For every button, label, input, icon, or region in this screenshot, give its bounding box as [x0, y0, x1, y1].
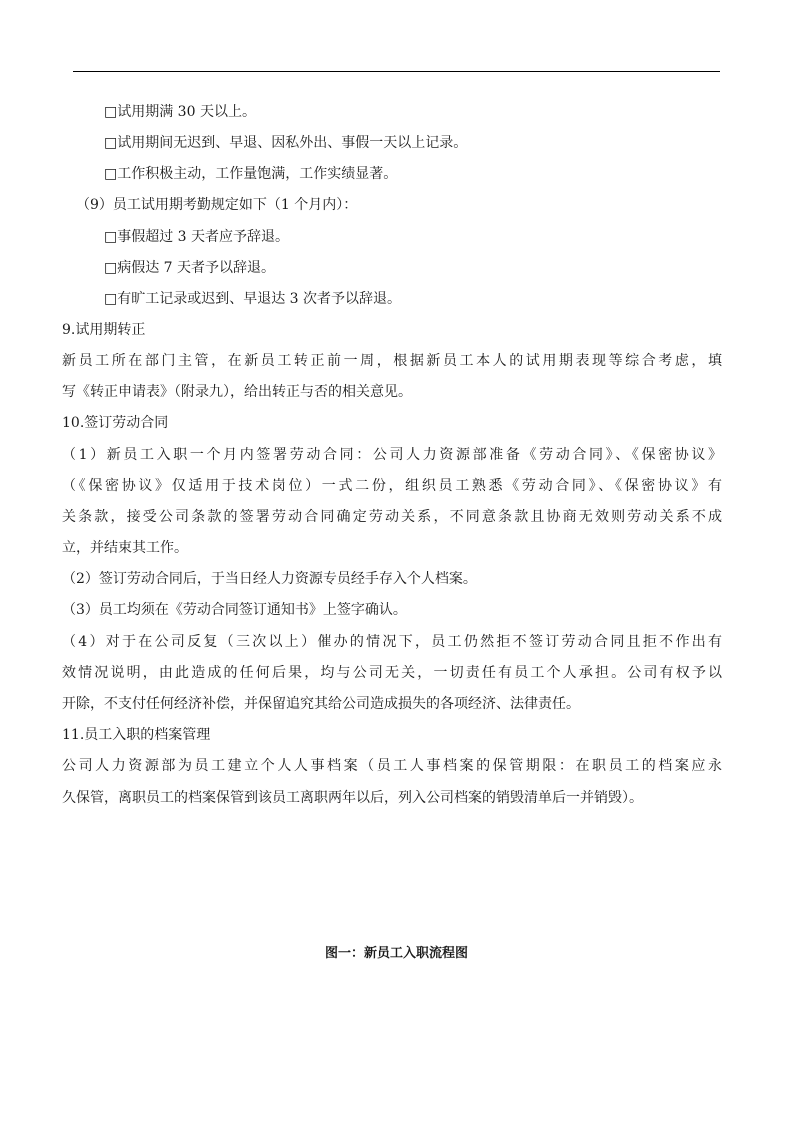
- section-10-item-1-line-4: 立，并结束其工作。: [62, 537, 722, 559]
- section-10-item-4-line-1: （4）对于在公司反复（三次以上）催办的情况下，员工仍然拒不签订劳动合同且拒不作出…: [62, 631, 722, 653]
- probation-condition-3: □工作积极主动，工作量饱满，工作实绩显著。: [104, 163, 764, 185]
- section-10-title: 10.签订劳动合同: [62, 412, 722, 434]
- section-10-item-1-line-1: （1）新员工入职一个月内签署劳动合同：公司人力资源部准备《劳动合同》、《保密协议…: [62, 444, 722, 466]
- section-9-line-1: 新员工所在部门主管，在新员工转正前一周，根据新员工本人的试用期表现等综合考虑，填: [62, 350, 722, 372]
- attendance-rule-item-1: □事假超过 3 天者应予辞退。: [104, 226, 764, 248]
- section-10-item-1-line-3: 关条款，接受公司条款的签署劳动合同确定劳动关系，不同意条款且协商无效则劳动关系不…: [62, 506, 722, 528]
- attendance-rule-item-3: □有旷工记录或迟到、早退达 3 次者予以辞退。: [104, 288, 764, 310]
- section-10-item-2: （2）签订劳动合同后，于当日经人力资源专员经手存入个人档案。: [62, 568, 722, 590]
- probation-condition-1: □试用期满 30 天以上。: [104, 101, 764, 123]
- section-9-line-2: 写《转正申请表》（附录九），给出转正与否的相关意见。: [62, 381, 722, 403]
- section-11-title: 11.员工入职的档案管理: [62, 724, 722, 746]
- section-11-line-1: 公司人力资源部为员工建立个人人事档案（员工人事档案的保管期限：在职员工的档案应永: [62, 755, 722, 777]
- section-11-line-2: 久保管，离职员工的档案保管到该员工离职两年以后，列入公司档案的销毁清单后一并销毁…: [62, 787, 722, 809]
- section-9-title: 9.试用期转正: [62, 319, 722, 341]
- section-10-item-4-line-3: 开除，不支付任何经济补偿，并保留追究其给公司造成损失的各项经济、法律责任。: [62, 693, 722, 715]
- figure-caption: 图一：新员工入职流程图: [0, 944, 793, 964]
- attendance-rule-item-2: □病假达 7 天者予以辞退。: [104, 257, 764, 279]
- section-10-item-3: （3）员工均须在《劳动合同签订通知书》上签字确认。: [62, 599, 722, 621]
- attendance-rule-heading: （9）员工试用期考勤规定如下（1 个月内）：: [76, 194, 736, 216]
- section-10-item-4-line-2: 效情况说明，由此造成的任何后果，均与公司无关，一切责任有员工个人承担。公司有权予…: [62, 662, 722, 684]
- header-rule: [73, 71, 720, 72]
- section-10-item-1-line-2: （《保密协议》仅适用于技术岗位）一式二份，组织员工熟悉《劳动合同》、《保密协议》…: [62, 475, 722, 497]
- probation-condition-2: □试用期间无迟到、早退、因私外出、事假一天以上记录。: [104, 132, 764, 154]
- document-page: □试用期满 30 天以上。 □试用期间无迟到、早退、因私外出、事假一天以上记录。…: [0, 0, 793, 1122]
